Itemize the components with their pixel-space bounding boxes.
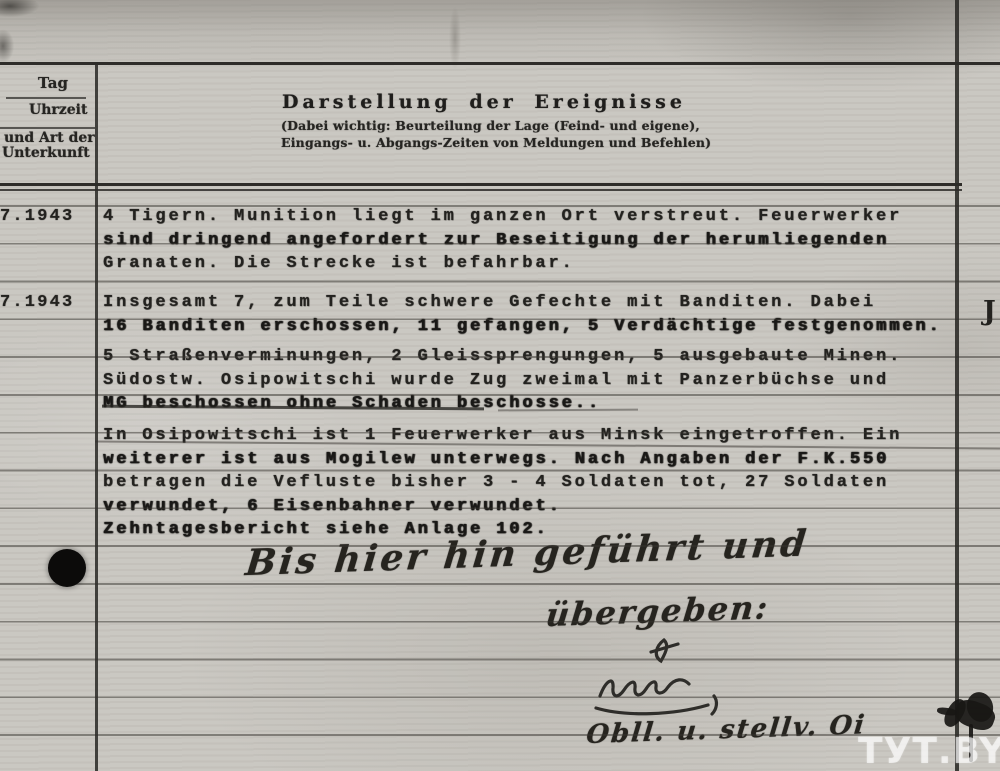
margin-mark-j: J <box>983 296 996 327</box>
entry-paragraph: Insgesamt 7, zum Teile schwere Gefechte … <box>103 291 942 338</box>
typed-line: Insgesamt 7, zum Teile schwere Gefechte … <box>103 291 942 315</box>
typed-line: Granaten. Die Strecke ist befahrbar. <box>103 252 902 276</box>
date-column-divider <box>95 62 98 771</box>
punch-hole <box>48 549 86 587</box>
typed-line: betragen die Vefluste bisher 3 - 4 Solda… <box>103 471 902 495</box>
right-margin-rule <box>955 0 959 771</box>
table-top-border <box>0 62 1000 65</box>
typed-line: 16 Banditen erschossen, 11 gefangen, 5 V… <box>103 315 942 339</box>
page-subtitle-2: Eingangs- u. Abgangs-Zeiten von Meldunge… <box>281 135 711 150</box>
header-bottom-border <box>0 183 962 186</box>
entry-paragraph: 4 Tigern. Munition liegt im ganzen Ort v… <box>103 205 902 276</box>
typed-line: sind dringend angefordert zur Beseitigun… <box>103 229 902 253</box>
left-column-label-tag: Tag <box>38 74 68 92</box>
left-column-label-art-2: Unterkunft <box>2 145 90 161</box>
page-subtitle-1: (Dabei wichtig: Beurteilung der Lage (Fe… <box>281 118 700 133</box>
scanned-document-page: Tag Uhrzeit und Art der Unterkunft Darst… <box>0 0 1000 771</box>
page-title: Darstellung der Ereignisse <box>282 91 686 113</box>
left-column-separator-1 <box>6 97 86 99</box>
left-column-separator-2 <box>0 127 95 129</box>
header-bottom-border-2 <box>0 189 962 191</box>
typed-line: Südostw. Osipowitschi wurde Zug zweimal … <box>103 369 902 393</box>
watermark: ТУТ.BY <box>858 731 1000 771</box>
left-column-label-art-1: und Art der <box>4 130 95 146</box>
entry-date: 7.1943 <box>0 207 74 226</box>
left-column-label-uhrzeit: Uhrzeit <box>29 102 87 118</box>
typed-line: 5 Straßenverminungen, 2 Gleissprengungen… <box>103 345 902 369</box>
entry-paragraph: In Osipowitschi ist 1 Feuerwerker aus Mi… <box>103 424 902 518</box>
typed-line: verwundet, 6 Eisenbahner verwundet. <box>103 495 902 519</box>
typed-line: weiterer ist aus Mogilew unterwegs. Nach… <box>103 448 902 472</box>
entry-date: 7.1943 <box>0 293 74 312</box>
typed-line: 4 Tigern. Munition liegt im ganzen Ort v… <box>103 205 902 229</box>
typed-line: MG beschossen ohne Schaden beschosse.. <box>103 392 902 416</box>
handwritten-note-line-2: übergeben: <box>544 588 771 634</box>
